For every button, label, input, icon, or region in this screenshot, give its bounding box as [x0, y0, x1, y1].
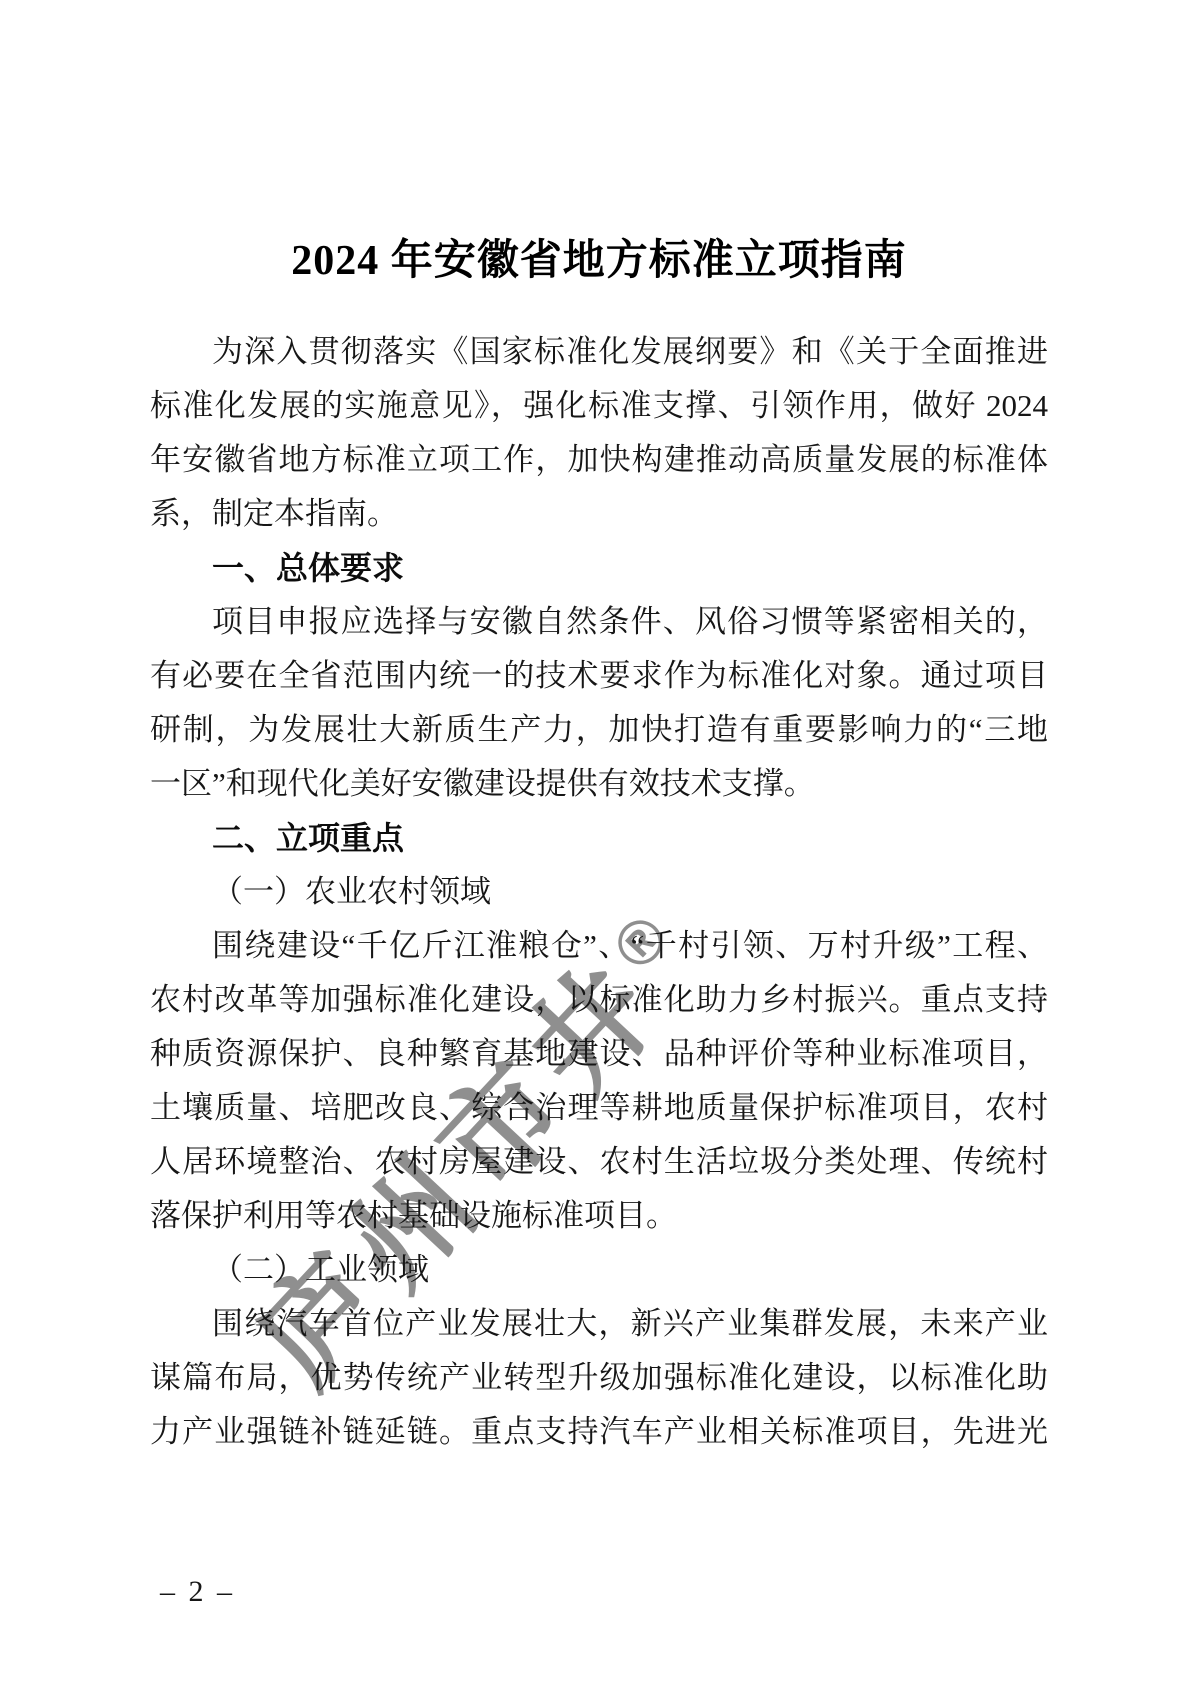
subsection-heading-agriculture-line: （一）农业农村领域	[150, 865, 1048, 919]
page-number: – 2 –	[160, 1575, 235, 1609]
industry-paragraph-line: 力产业强链补链延链。重点支持汽车产业相关标准项目，先进光	[150, 1405, 1048, 1459]
section-heading-project-priorities-line: 二、立项重点	[150, 811, 1048, 865]
subsection-heading-industry-line: （二）工业领域	[150, 1243, 1048, 1297]
agriculture-paragraph-line: 农村改革等加强标准化建设，以标准化助力乡村振兴。重点支持	[150, 973, 1048, 1027]
document-title: 2024 年安徽省地方标准立项指南	[150, 238, 1048, 284]
section-heading-overall-requirements-line: 一、总体要求	[150, 541, 1048, 595]
intro-paragraph-line: 标准化发展的实施意见》，强化标准支撑、引领作用，做好 2024	[150, 379, 1048, 433]
industry-paragraph-line: 围绕汽车首位产业发展壮大，新兴产业集群发展，未来产业	[150, 1297, 1048, 1351]
agriculture-paragraph-line: 落保护利用等农村基础设施标准项目。	[150, 1189, 1048, 1243]
overall-requirements-paragraph-line: 项目申报应选择与安徽自然条件、风俗习惯等紧密相关的，	[150, 595, 1048, 649]
agriculture-paragraph-line: 种质资源保护、良种繁育基地建设、品种评价等种业标准项目，	[150, 1027, 1048, 1081]
agriculture-paragraph-line: 土壤质量、培肥改良、综合治理等耕地质量保护标准项目，农村	[150, 1081, 1048, 1135]
intro-paragraph-line: 年安徽省地方标准立项工作，加快构建推动高质量发展的标准体	[150, 433, 1048, 487]
overall-requirements-paragraph-line: 研制，为发展壮大新质生产力，加快打造有重要影响力的“三地	[150, 703, 1048, 757]
document-body: 为深入贯彻落实《国家标准化发展纲要》和《关于全面推进标准化发展的实施意见》，强化…	[150, 325, 1048, 1459]
industry-paragraph-line: 谋篇布局，优势传统产业转型升级加强标准化建设，以标准化助	[150, 1351, 1048, 1405]
overall-requirements-paragraph-line: 一区”和现代化美好安徽建设提供有效技术支撑。	[150, 757, 1048, 811]
agriculture-paragraph-line: 人居环境整治、农村房屋建设、农村生活垃圾分类处理、传统村	[150, 1135, 1048, 1189]
agriculture-paragraph-line: 围绕建设“千亿斤江淮粮仓”、“千村引领、万村升级”工程、	[150, 919, 1048, 973]
intro-paragraph-line: 为深入贯彻落实《国家标准化发展纲要》和《关于全面推进	[150, 325, 1048, 379]
intro-paragraph-line: 系，制定本指南。	[150, 487, 1048, 541]
document-page: 庐州市井® 2024 年安徽省地方标准立项指南 为深入贯彻落实《国家标准化发展纲…	[0, 0, 1200, 1696]
overall-requirements-paragraph-line: 有必要在全省范围内统一的技术要求作为标准化对象。通过项目	[150, 649, 1048, 703]
